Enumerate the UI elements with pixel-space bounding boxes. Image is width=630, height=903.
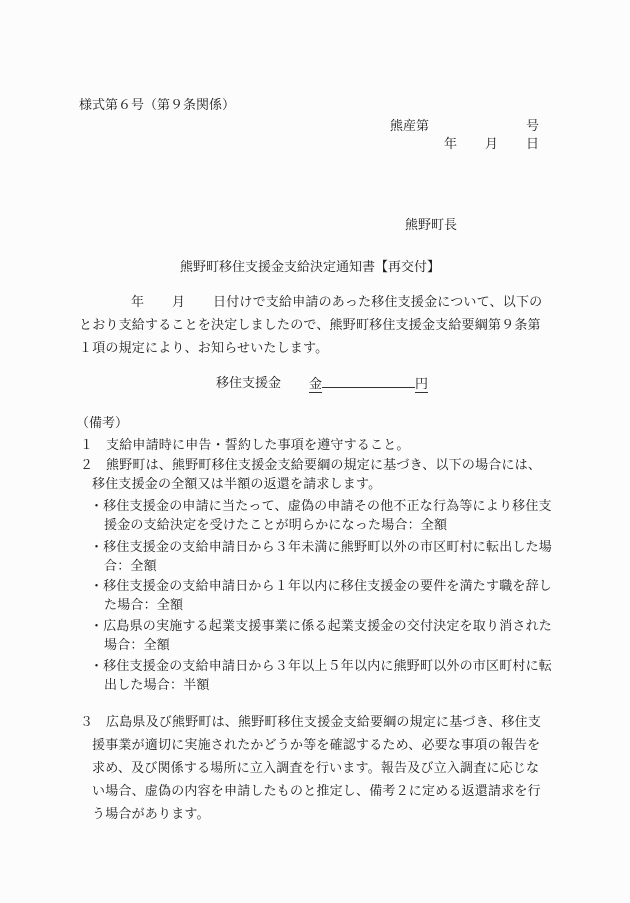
remark-3-line-1: 広島県及び熊野町は、熊野町移住支援金支給要綱の規定に基づき、移住支 bbox=[106, 713, 541, 733]
form-label: 様式第６号（第９条関係） bbox=[79, 96, 235, 116]
bullet-1-line-2: 援金の支給決定を受けたことが明らかになった場合：全額 bbox=[104, 516, 447, 536]
remark-3-line-5: う場合があります。 bbox=[92, 805, 210, 825]
bullet-5-line-1: ・移住支援金の支給申請日から３年以上５年以内に熊野町以外の市区町村に転 bbox=[90, 657, 552, 677]
body-line-2: とおり支給することを決定しましたので、熊野町移住支援金支給要綱第９条第 bbox=[79, 316, 541, 336]
amount-value bbox=[322, 374, 415, 388]
bullet-3-line-1: ・移住支援金の支給申請日から１年以内に移住支援金の要件を満たす職を辞し bbox=[90, 577, 552, 597]
date-day: 日 bbox=[526, 135, 539, 155]
document-title: 熊野町移住支援金支給決定通知書【再交付】 bbox=[180, 258, 440, 278]
date-year: 年 bbox=[444, 135, 457, 155]
bullet-5-line-2: 出した場合：半額 bbox=[104, 676, 210, 696]
amount-unit: 円 bbox=[415, 377, 428, 393]
remark-3-number: ３ bbox=[80, 713, 93, 733]
remark-2-line-1: 熊野町は、熊野町移住支援金支給要綱の規定に基づき、以下の場合には、 bbox=[106, 456, 541, 476]
body-line-1: 日付けで支給申請のあった移住支援金について、以下の bbox=[213, 293, 542, 313]
bullet-1-line-1: ・移住支援金の申請に当たって、虚偽の申請その他不正な行為等により移住支 bbox=[90, 497, 552, 517]
bullet-2-line-2: 合：全額 bbox=[104, 557, 157, 577]
doc-number-prefix: 熊産第 bbox=[390, 117, 429, 137]
remark-1-text: 支給申請時に申告・誓約した事項を遵守すること。 bbox=[106, 436, 410, 456]
body-line-3: １項の規定により、お知らせいたします。 bbox=[79, 339, 328, 359]
body-year: 年 bbox=[131, 293, 144, 313]
remark-1-number: １ bbox=[80, 436, 93, 456]
doc-number-suffix: 号 bbox=[526, 117, 539, 137]
bullet-2-line-1: ・移住支援金の支給申請日から３年未満に熊野町以外の市区町村に転出した場 bbox=[90, 538, 552, 558]
amount-field: 金円 bbox=[309, 374, 428, 395]
remark-2-line-2: 移住支援金の全額又は半額の返還を請求します。 bbox=[92, 475, 381, 495]
bullet-4-line-2: 場合：全額 bbox=[104, 636, 170, 656]
remark-3-line-4: い場合、虚偽の内容を申請したものと推定し、備考２に定める返還請求を行 bbox=[92, 782, 541, 802]
remark-3-line-3: 求め、及び関係する場所に立入調査を行います。報告及び立入調査に応じな bbox=[92, 759, 539, 779]
amount-prefix: 金 bbox=[309, 377, 322, 393]
issuer: 熊野町長 bbox=[405, 216, 457, 236]
date-month: 月 bbox=[485, 135, 498, 155]
bullet-4-line-1: ・広島県の実施する起業支援事業に係る起業支援金の交付決定を取り消された bbox=[90, 617, 552, 637]
remarks-heading: （備考） bbox=[76, 414, 128, 434]
remark-2-number: ２ bbox=[80, 456, 93, 476]
remark-3-line-2: 援事業が適切に実施されたかどうか等を確認するため、必要な事項の報告を bbox=[92, 736, 540, 756]
bullet-3-line-2: た場合：全額 bbox=[104, 596, 183, 616]
body-month: 月 bbox=[172, 293, 185, 313]
amount-label: 移住支援金 bbox=[216, 374, 281, 394]
